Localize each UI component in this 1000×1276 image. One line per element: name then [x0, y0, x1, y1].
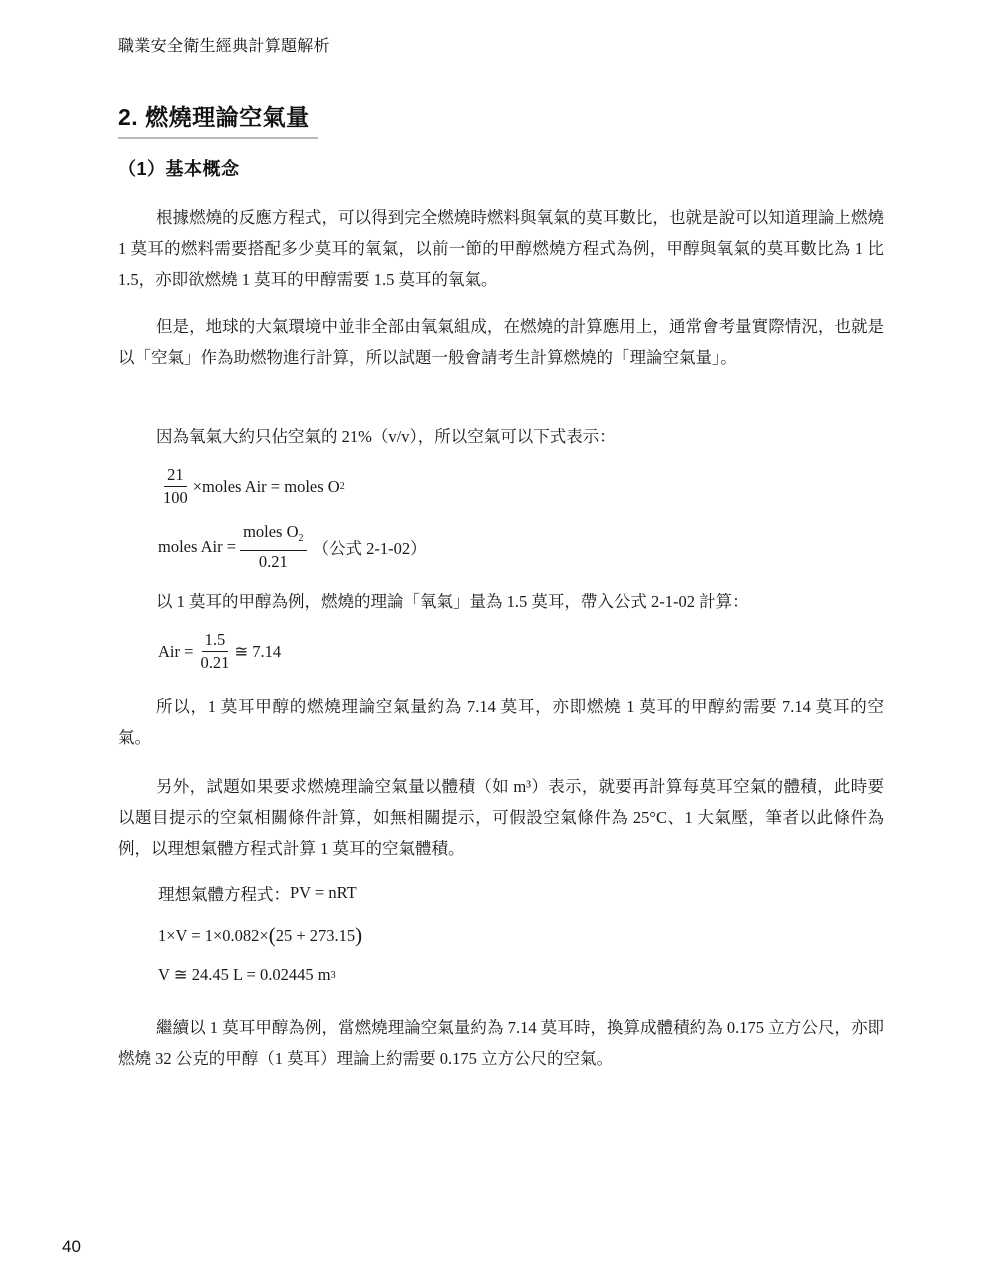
equation-rhs: ≅ 7.14 [234, 642, 281, 662]
superscript: 3 [331, 970, 336, 981]
subsection-title: （1）基本概念 [118, 155, 240, 181]
subscript: 2 [299, 533, 304, 544]
equation-label: 理想氣體方程式： [158, 881, 290, 905]
equation-volume-result: V ≅ 24.45 L = 0.02445 m3 [158, 965, 336, 985]
paragraph-conclusion: 繼續以 1 莫耳甲醇為例，當燃燒理論空氣量約為 7.14 莫耳時，換算成體積約為… [118, 1012, 884, 1074]
equation-lhs: Air = [158, 642, 193, 662]
fraction-denominator: 0.21 [256, 551, 291, 572]
fraction-denominator: 100 [160, 487, 191, 508]
fraction-numerator: 21 [164, 465, 187, 487]
paragraph-air-context: 但是，地球的大氣環境中並非全部由氧氣組成，在燃燒的計算應用上，通常會考量實際情況… [118, 311, 884, 373]
equation-oxygen-fraction: 21 100 ×moles Air = moles O2 [158, 465, 345, 508]
paragraph-oxygen-ratio: 因為氧氣大約只佔空氣的 21%（v/v），所以空氣可以下式表示： [118, 421, 884, 452]
paragraph-volume-intro: 另外，試題如果要求燃燒理論空氣量以體積（如 m³）表示，就要再計算每莫耳空氣的體… [118, 771, 884, 864]
paragraph-intro: 根據燃燒的反應方程式，可以得到完全燃燒時燃料與氧氣的莫耳數比，也就是說可以知道理… [118, 202, 884, 295]
equation-rhs: ×moles Air = moles O [193, 477, 340, 497]
fraction: moles O2 0.21 [240, 522, 306, 572]
fraction-numerator: moles O2 [240, 522, 306, 551]
fraction-denominator: 0.21 [197, 652, 232, 673]
fraction-numerator: 1.5 [202, 630, 229, 652]
paragraph-air-result: 所以，1 莫耳甲醇的燃燒理論空氣量約為 7.14 莫耳，亦即燃燒 1 莫耳的甲醇… [118, 691, 884, 753]
equation-inner: 25 + 273.15 [276, 926, 355, 946]
running-header: 職業安全衛生經典計算題解析 [118, 33, 330, 56]
equation-lhs: 1×V = 1×0.082× [158, 926, 269, 946]
section-title: 2. 燃燒理論空氣量 [118, 99, 318, 139]
equation-text: V ≅ 24.45 L = 0.02445 m [158, 965, 331, 985]
open-paren: ( [269, 923, 276, 948]
equation-air-calculation: Air = 1.5 0.21 ≅ 7.14 [158, 630, 281, 673]
equation-ideal-gas-law: 理想氣體方程式： PV = nRT [158, 881, 357, 905]
equation-formula: PV = nRT [290, 883, 357, 903]
equation-volume-substitution: 1×V = 1×0.082×(25 + 273.15) [158, 923, 362, 948]
subscript: 2 [340, 481, 345, 492]
page-number: 40 [62, 1237, 81, 1257]
paragraph-methanol-example: 以 1 莫耳的甲醇為例，燃燒的理論「氧氣」量為 1.5 莫耳，帶入公式 2-1-… [156, 586, 876, 617]
fraction: 21 100 [160, 465, 191, 508]
close-paren: ) [355, 923, 362, 948]
numerator-text: moles O [243, 522, 298, 541]
equation-formula-2-1-02: moles Air = moles O2 0.21 （公式 2-1-02） [158, 522, 427, 572]
fraction: 1.5 0.21 [197, 630, 232, 673]
equation-lhs: moles Air = [158, 537, 236, 557]
formula-label: （公式 2-1-02） [313, 535, 427, 559]
